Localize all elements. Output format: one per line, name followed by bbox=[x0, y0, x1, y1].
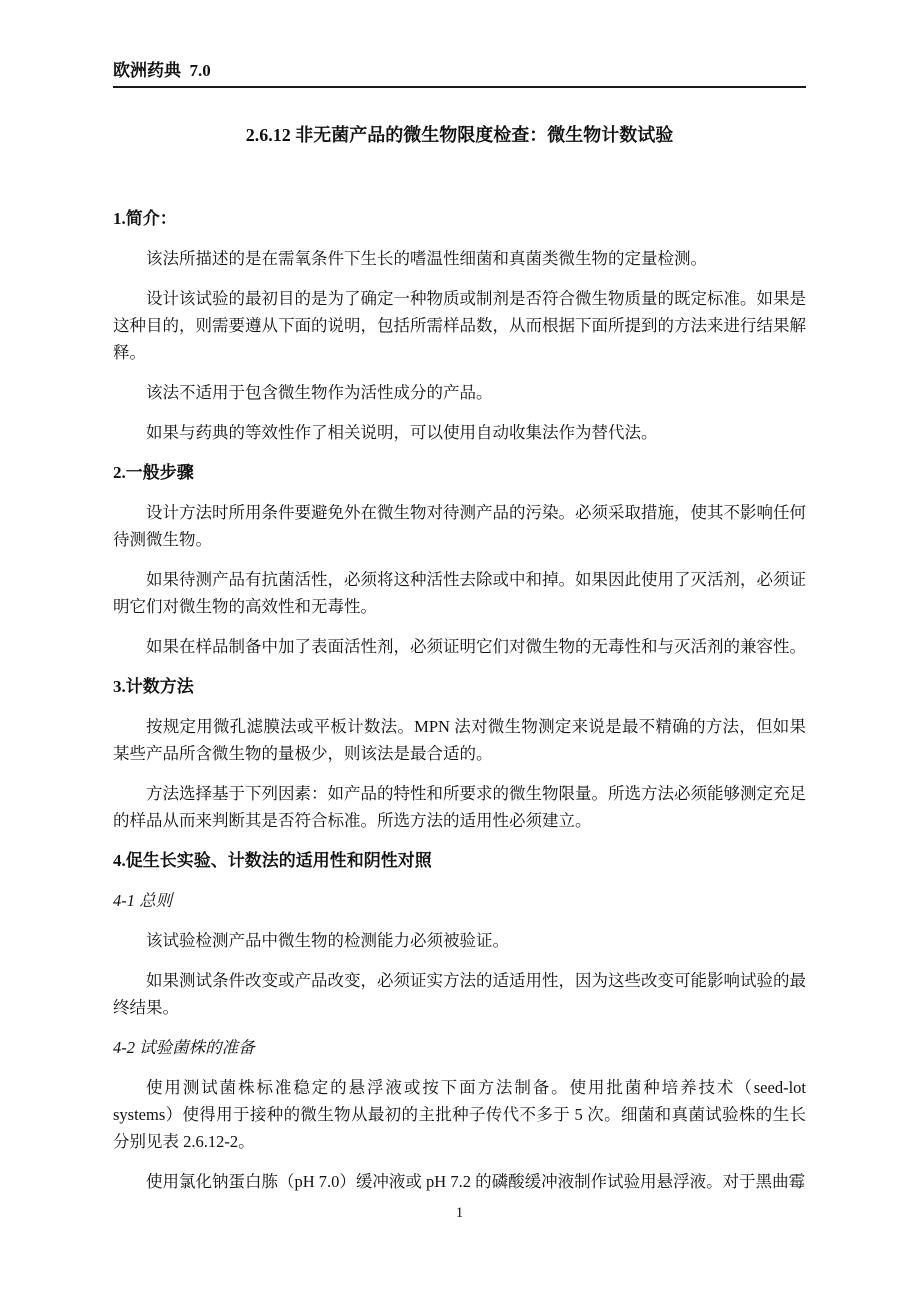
document-title: 2.6.12 非无菌产品的微生物限度检查：微生物计数试验 bbox=[113, 122, 806, 148]
paragraph-buffer-preparation: 使用氯化钠蛋白胨（pH 7.0）缓冲液或 pH 7.2 的磷酸缓冲液制作试验用悬… bbox=[113, 1168, 806, 1195]
subheading-test-strain-preparation: 4-2 试验菌株的准备 bbox=[113, 1034, 806, 1061]
section-heading-introduction: 1.简介： bbox=[113, 205, 806, 232]
paragraph-method-selection: 方法选择基于下列因素：如产品的特性和所要求的微生物限量。所选方法必须能够测定充足… bbox=[113, 780, 806, 834]
paragraph-antimicrobial-activity: 如果待测产品有抗菌活性，必须将这种活性去除或中和掉。如果因此使用了灭活剂，必须证… bbox=[113, 566, 806, 620]
paragraph-scope: 该法所描述的是在需氧条件下生长的嗜温性细菌和真菌类微生物的定量检测。 bbox=[113, 245, 806, 272]
subheading-general-principle: 4-1 总则 bbox=[113, 887, 806, 914]
paragraph-surfactant: 如果在样品制备中加了表面活性剂，必须证明它们对微生物的无毒性和与灭活剂的兼容性。 bbox=[113, 633, 806, 660]
section-heading-growth-promotion: 4.促生长实验、计数法的适用性和阴性对照 bbox=[113, 847, 806, 874]
page-content: 欧洲药典 7.0 2.6.12 非无菌产品的微生物限度检查：微生物计数试验 1.… bbox=[113, 0, 806, 1223]
header-rule bbox=[113, 86, 806, 88]
paragraph-alternative-method: 如果与药典的等效性作了相关说明，可以使用自动收集法作为替代法。 bbox=[113, 419, 806, 446]
paragraph-not-applicable: 该法不适用于包含微生物作为活性成分的产品。 bbox=[113, 379, 806, 406]
section-heading-general-procedure: 2.一般步骤 bbox=[113, 459, 806, 486]
paragraph-contamination-precaution: 设计方法时所用条件要避免外在微生物对待测产品的污染。必须采取措施，使其不影响任何… bbox=[113, 499, 806, 553]
document-page: 欧洲药典 7.0 2.6.12 非无菌产品的微生物限度检查：微生物计数试验 1.… bbox=[0, 0, 920, 1302]
running-header: 欧洲药典 7.0 bbox=[113, 60, 806, 82]
paragraph-detection-validation: 该试验检测产品中微生物的检测能力必须被验证。 bbox=[113, 927, 806, 954]
paragraph-purpose: 设计该试验的最初目的是为了确定一种物质或制剂是否符合微生物质量的既定标准。如果是… bbox=[113, 285, 806, 366]
page-number: 1 bbox=[113, 1203, 806, 1223]
paragraph-mpn-method: 按规定用微孔滤膜法或平板计数法。MPN 法对微生物测定来说是最不精确的方法，但如… bbox=[113, 713, 806, 767]
paragraph-condition-change: 如果测试条件改变或产品改变，必须证实方法的适适用性，因为这些改变可能影响试验的最… bbox=[113, 967, 806, 1021]
paragraph-seed-lot: 使用测试菌株标准稳定的悬浮液或按下面方法制备。使用批菌种培养技术（seed-lo… bbox=[113, 1074, 806, 1155]
section-heading-counting-methods: 3.计数方法 bbox=[113, 673, 806, 700]
